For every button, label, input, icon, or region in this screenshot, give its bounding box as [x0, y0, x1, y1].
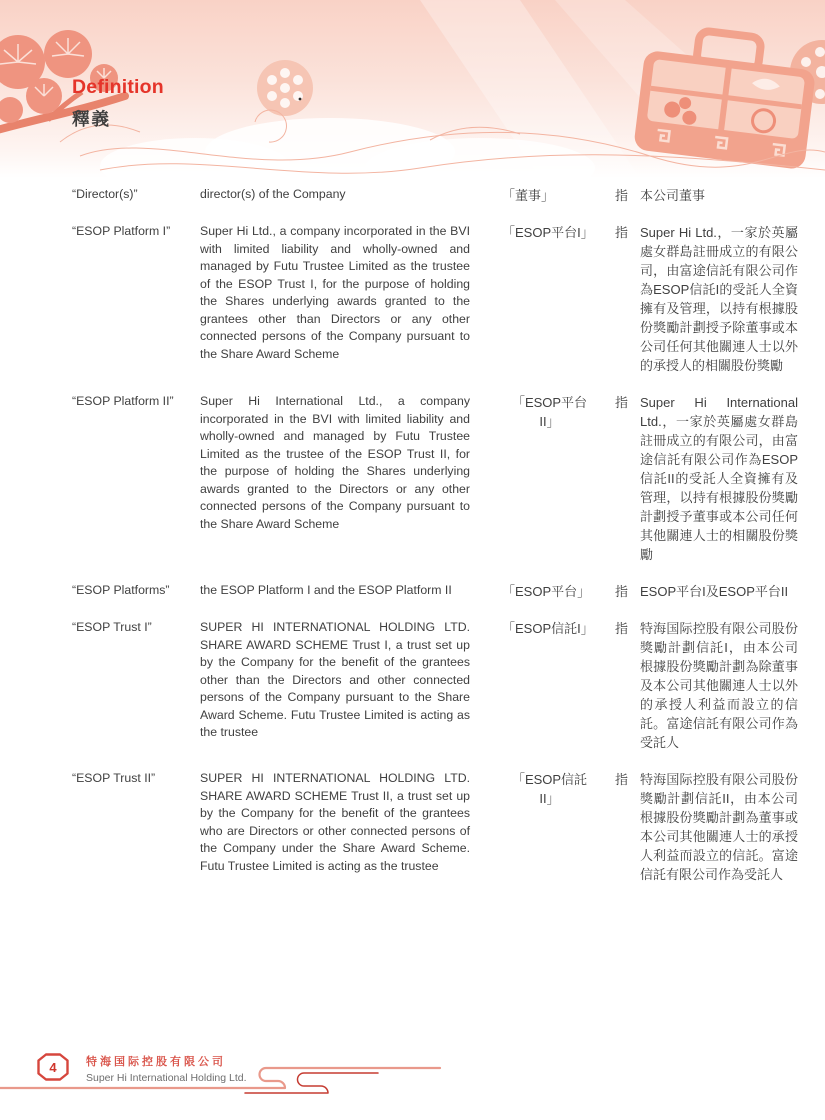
definition-zh: 本公司董事 — [640, 186, 798, 205]
page-number: 4 — [37, 1053, 69, 1081]
zhi-label: 指 — [615, 770, 640, 884]
zhi-label: 指 — [615, 186, 640, 205]
definition-en: SUPER HI INTERNATIONAL HOLDING LTD. SHAR… — [200, 619, 502, 752]
page-title-en: Definition — [72, 76, 164, 99]
stray-dot — [299, 98, 302, 101]
definition-en: Super Hi International Ltd., a company i… — [200, 393, 502, 564]
company-name-zh: 特海国际控股有限公司 — [86, 1053, 247, 1069]
term-en: “Director(s)” — [72, 186, 200, 205]
page-number-badge: 4 — [37, 1053, 69, 1081]
definition-zh: Super Hi International Ltd.，一家於英屬處女群島註冊成… — [640, 393, 798, 564]
term-zh: 「董事」 — [502, 186, 615, 205]
definition-en: Super Hi Ltd., a company incorporated in… — [200, 223, 502, 375]
lotus-root-illustration — [257, 60, 313, 116]
term-en: “ESOP Platforms” — [72, 582, 200, 601]
term-en: “ESOP Platform I” — [72, 223, 200, 375]
term-zh: 「ESOP平台 II」 — [502, 393, 615, 564]
page-title-zh: 釋義 — [72, 106, 164, 131]
definition-row: “ESOP Platform II” Super Hi Internationa… — [72, 393, 798, 564]
term-en: “ESOP Trust II” — [72, 770, 200, 884]
document-page: Definition 釋義 “Director(s)” director(s) … — [0, 0, 825, 1120]
term-en: “ESOP Platform II” — [72, 393, 200, 564]
term-en: “ESOP Trust I” — [72, 619, 200, 752]
definition-row: “ESOP Trust II” SUPER HI INTERNATIONAL H… — [72, 770, 798, 884]
term-zh: 「ESOP信託I」 — [502, 619, 615, 752]
definition-zh: 特海国际控股有限公司股份獎勵計劃信託I，由本公司根據股份獎勵計劃為除董事及本公司… — [640, 619, 798, 752]
company-name-block: 特海国际控股有限公司 Super Hi International Holdin… — [86, 1053, 247, 1084]
definition-zh: 特海国际控股有限公司股份獎勵計劃信託II，由本公司根據股份獎勵計劃為董事或本公司… — [640, 770, 798, 884]
definitions-table: “Director(s)” director(s) of the Company… — [72, 186, 798, 902]
term-zh: 「ESOP信託 II」 — [502, 770, 615, 884]
term-zh: 「ESOP平台I」 — [502, 223, 615, 375]
zhi-label: 指 — [615, 393, 640, 564]
term-zh: 「ESOP平台」 — [502, 582, 615, 601]
company-name-en: Super Hi International Holding Ltd. — [86, 1072, 247, 1084]
zhi-label: 指 — [615, 582, 640, 601]
definition-en: director(s) of the Company — [200, 186, 502, 205]
definition-en: the ESOP Platform I and the ESOP Platfor… — [200, 582, 502, 601]
definition-en: SUPER HI INTERNATIONAL HOLDING LTD. SHAR… — [200, 770, 502, 884]
definition-zh: ESOP平台I及ESOP平台II — [640, 582, 798, 601]
definition-row: “ESOP Platforms” the ESOP Platform I and… — [72, 582, 798, 601]
definition-row: “Director(s)” director(s) of the Company… — [72, 186, 798, 205]
zhi-label: 指 — [615, 619, 640, 752]
zhi-label: 指 — [615, 223, 640, 375]
page-heading: Definition 釋義 — [72, 76, 164, 131]
definition-row: “ESOP Platform I” Super Hi Ltd., a compa… — [72, 223, 798, 375]
definition-row: “ESOP Trust I” SUPER HI INTERNATIONAL HO… — [72, 619, 798, 752]
definition-zh: Super Hi Ltd.，一家於英屬處女群島註冊成立的有限公司，由富途信託有限… — [640, 223, 798, 375]
